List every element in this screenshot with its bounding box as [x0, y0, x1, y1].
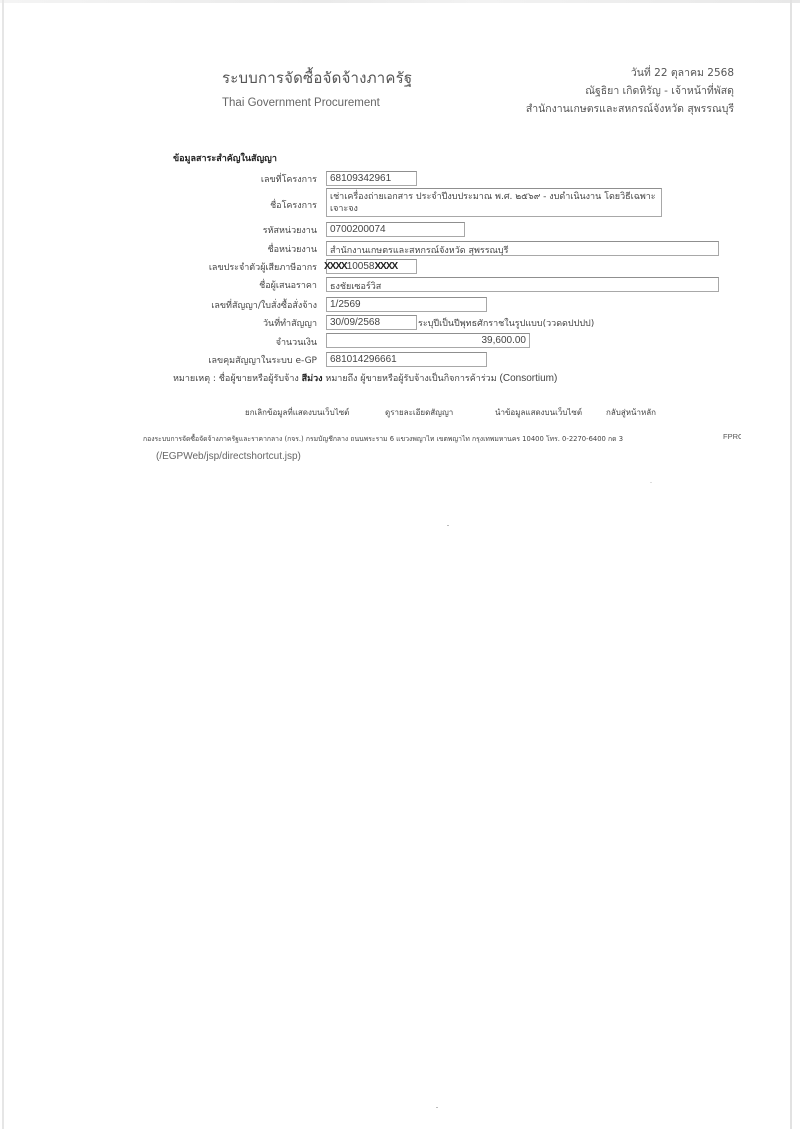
- scan-top-edge: [0, 0, 800, 3]
- scan-right-edge: [790, 0, 792, 1129]
- tax-id-field[interactable]: XXXX10058XXXX: [326, 259, 417, 274]
- redacted-mark: XXXX: [375, 261, 398, 272]
- egp-control-no-field[interactable]: 681014296661: [326, 352, 487, 367]
- scan-speck: [436, 1107, 438, 1108]
- bidder-name-label: ชื่อผู้เสนอราคา: [117, 278, 317, 292]
- footer-org-info: กองระบบการจัดซื้อจัดจ้างภาครัฐและราคากลา…: [143, 433, 623, 444]
- tax-id-visible-digits: 10058: [347, 261, 375, 272]
- remark-prefix: หมายเหตุ : ชื่อผู้ขายหรือผู้รับจ้าง: [173, 374, 299, 384]
- agency-name-label: ชื่อหน่วยงาน: [117, 242, 317, 256]
- remark-suffix: (Consortium): [500, 373, 558, 384]
- agency-code-field[interactable]: 0700200074: [326, 222, 465, 237]
- remark-highlight: สีม่วง: [302, 374, 323, 384]
- project-no-label: เลขที่โครงการ: [117, 172, 317, 186]
- scan-speck: [650, 482, 652, 483]
- contract-date-field[interactable]: 30/09/2568: [326, 315, 417, 330]
- contract-no-label: เลขที่สัญญา/ใบสั่งซื้อสั่งจ้าง: [117, 298, 317, 312]
- footer-page-path: (/EGPWeb/jsp/directshortcut.jsp): [156, 451, 301, 462]
- cancel-publish-link[interactable]: ยกเลิกข้อมูลที่แสดงบนเว็บไซต์: [245, 406, 349, 419]
- tax-id-label: เลขประจำตัวผู้เสียภาษีอากร: [117, 260, 317, 274]
- action-links: ยกเลิกข้อมูลที่แสดงบนเว็บไซต์ ดูรายละเอี…: [0, 406, 800, 420]
- user-info-panel: วันที่ 22 ตุลาคม 2568 ณัฐธิยา เกิดหิรัญ …: [526, 64, 734, 118]
- scan-left-edge: [2, 0, 4, 1129]
- view-contract-link[interactable]: ดูรายละเอียดสัญญา: [385, 406, 453, 419]
- app-title-english: Thai Government Procurement: [222, 97, 380, 109]
- user-agency: สำนักงานเกษตรและสหกรณ์จังหวัด สุพรรณบุรี: [526, 100, 734, 118]
- project-name-label: ชื่อโครงการ: [117, 198, 317, 212]
- project-name-field[interactable]: เช่าเครื่องถ่ายเอกสาร ประจำปีงบประมาณ พ.…: [326, 188, 662, 217]
- contract-date-label: วันที่ทำสัญญา: [117, 316, 317, 330]
- contract-date-hint: ระบุปีเป็นปีพุทธศักราชในรูปแบบ(ววดดปปปป): [418, 316, 594, 330]
- publish-link[interactable]: นำข้อมูลแสดงบนเว็บไซต์: [495, 406, 582, 419]
- section-title: ข้อมูลสาระสำคัญในสัญญา: [173, 151, 277, 165]
- egp-control-no-label: เลขคุมสัญญาในระบบ e-GP: [117, 353, 317, 367]
- back-home-link[interactable]: กลับสู่หน้าหลัก: [606, 406, 656, 419]
- app-title-thai: ระบบการจัดซื้อจัดจ้างภาครัฐ: [222, 66, 412, 90]
- amount-field[interactable]: 39,600.00: [326, 333, 530, 348]
- consortium-remark: หมายเหตุ : ชื่อผู้ขายหรือผู้รับจ้าง สีม่…: [173, 371, 557, 385]
- redacted-mark: XXXX: [324, 261, 347, 272]
- amount-label: จำนวนเงิน: [117, 335, 317, 349]
- contract-no-field[interactable]: 1/2569: [326, 297, 487, 312]
- scan-speck: [447, 525, 449, 526]
- agency-code-label: รหัสหน่วยงาน: [117, 223, 317, 237]
- user-name-role: ณัฐธิยา เกิดหิรัญ - เจ้าหน้าที่พัสดุ: [526, 82, 734, 100]
- bidder-name-field[interactable]: ธงชัยเซอร์วิส: [326, 277, 719, 292]
- project-no-field[interactable]: 68109342961: [326, 171, 417, 186]
- agency-name-field[interactable]: สำนักงานเกษตรและสหกรณ์จังหวัด สุพรรณบุรี: [326, 241, 719, 256]
- remark-middle: หมายถึง ผู้ขายหรือผู้รับจ้างเป็นกิจการค้…: [325, 374, 496, 384]
- footer-code: FPRO: [723, 432, 741, 441]
- current-date: วันที่ 22 ตุลาคม 2568: [526, 64, 734, 82]
